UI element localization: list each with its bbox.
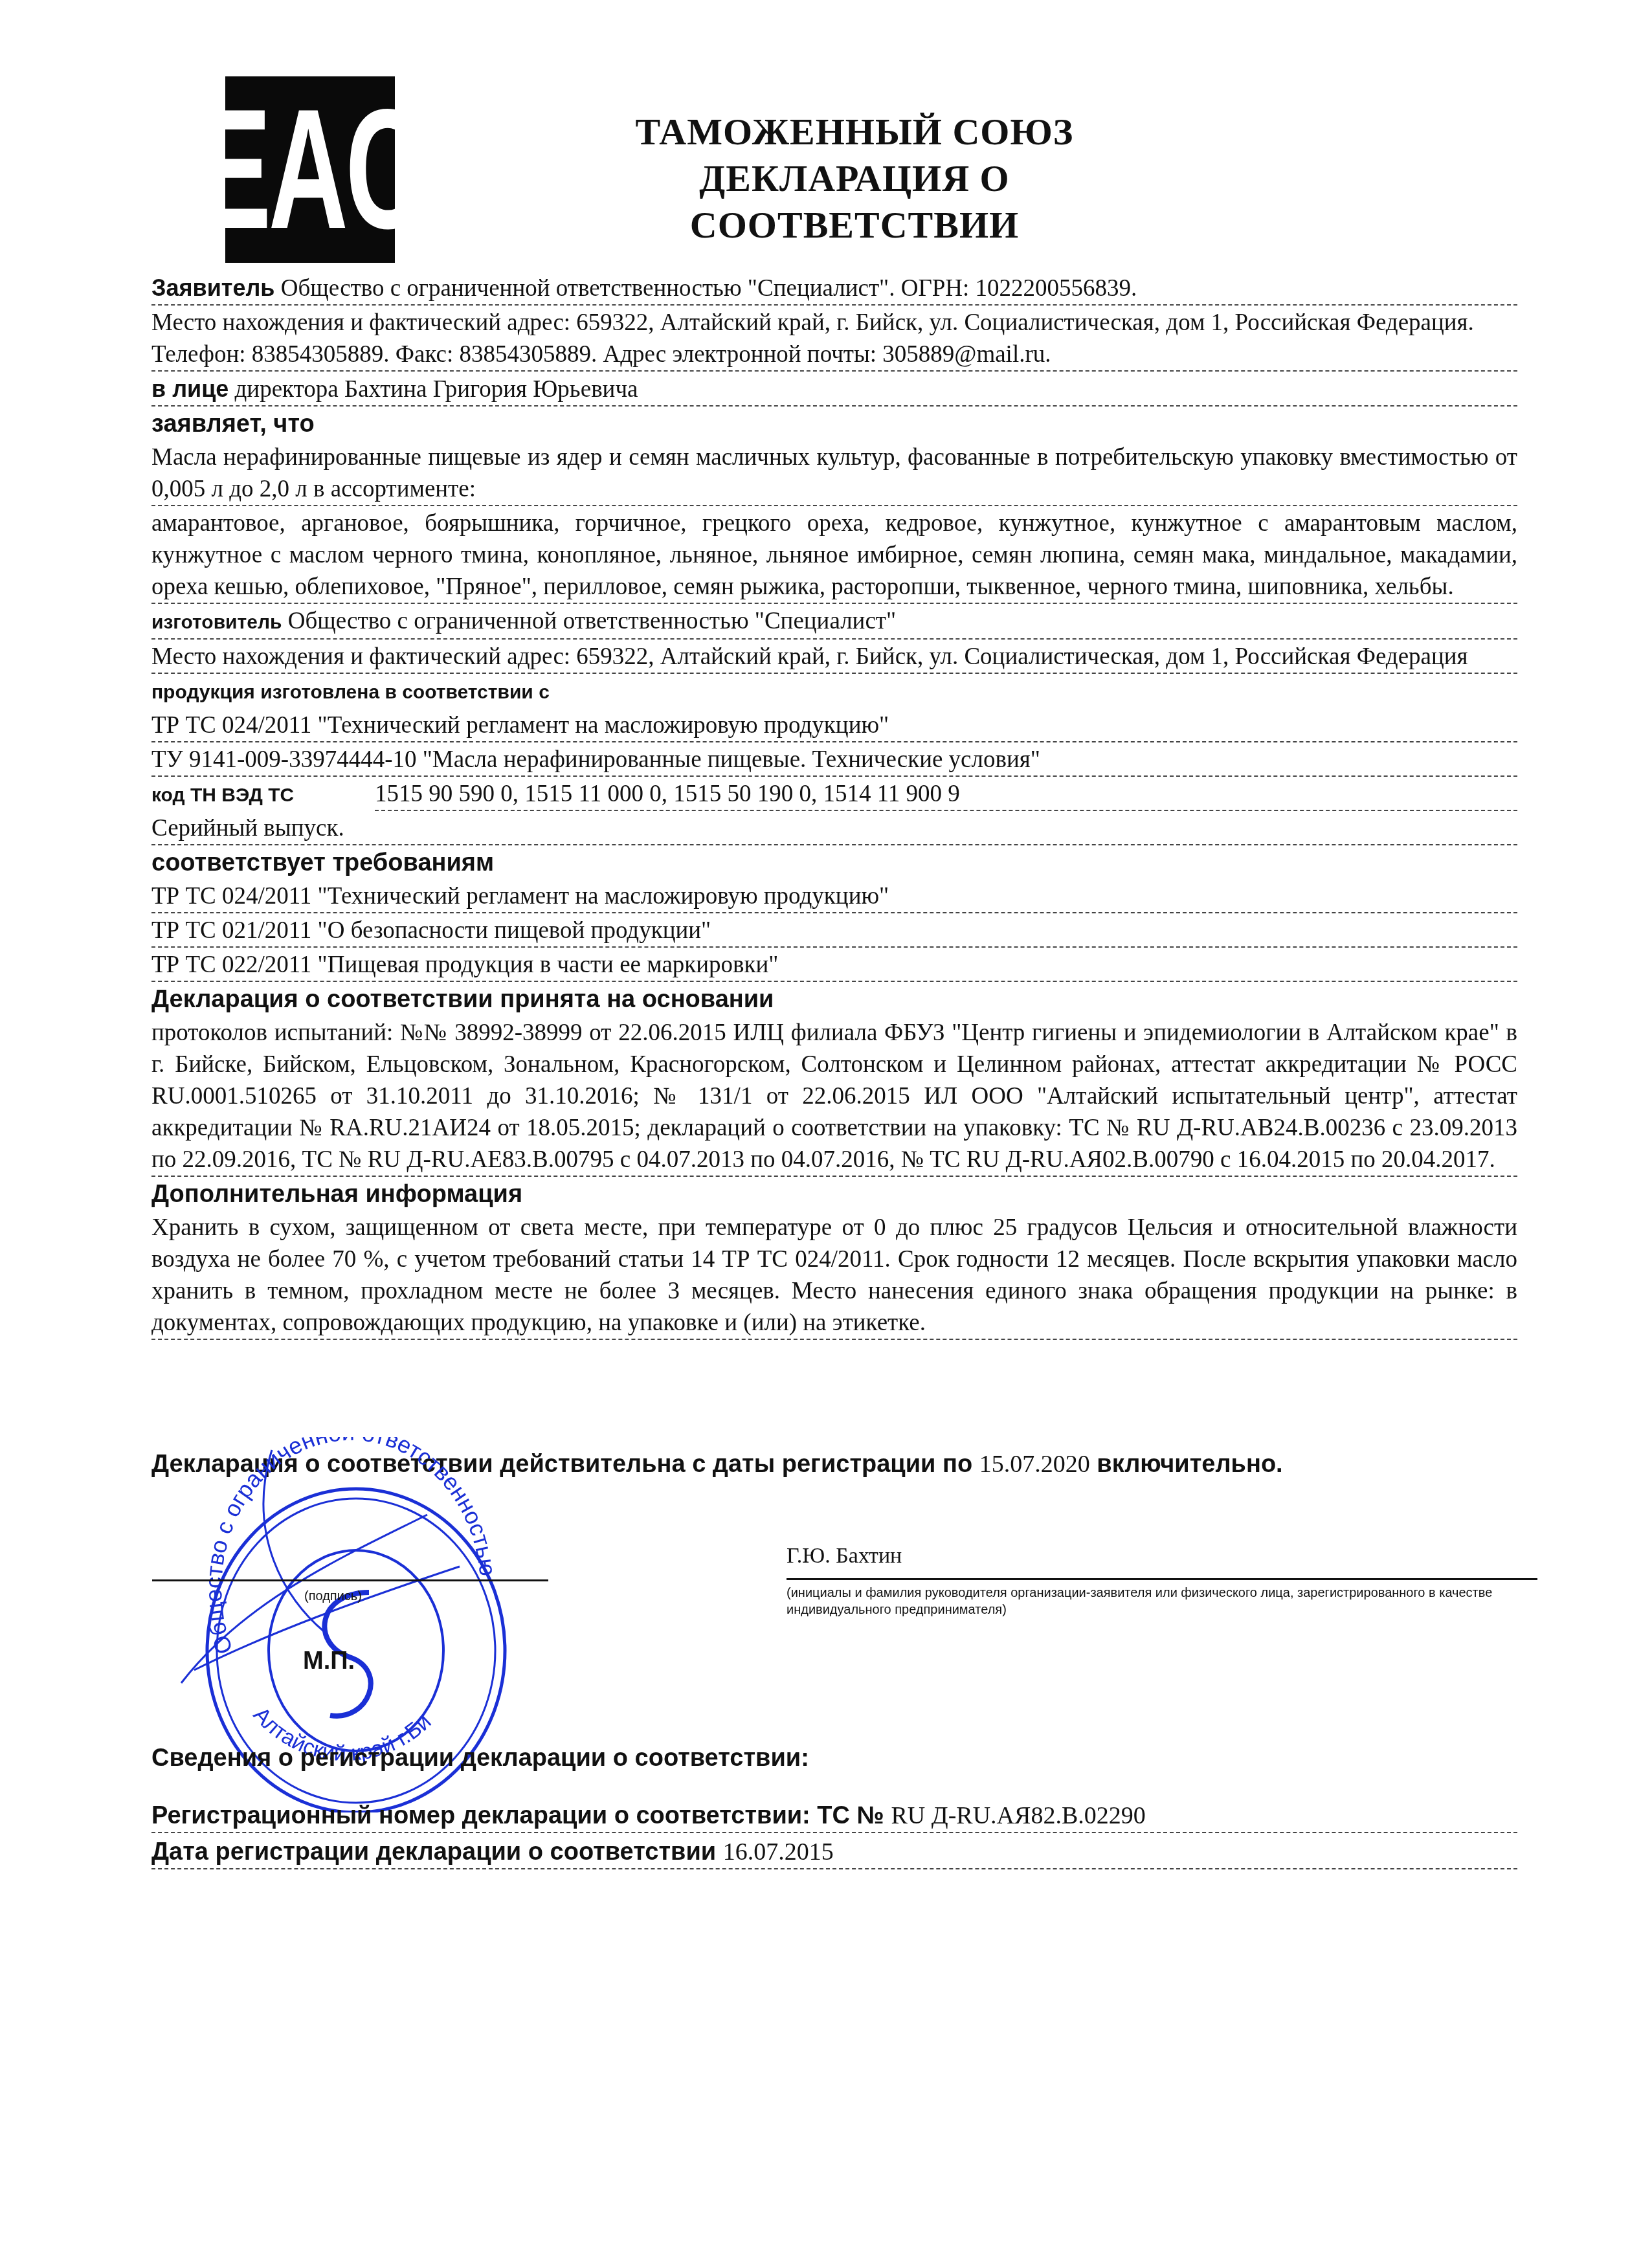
title-declaration: ДЕКЛАРАЦИЯ О СООТВЕТСТВИИ xyxy=(531,155,1178,249)
applicant-row: Заявитель Общество с ограниченной ответс… xyxy=(151,271,1517,306)
registration-date-label: Дата регистрации декларации о соответств… xyxy=(151,1838,716,1866)
head-name-caption: (инициалы и фамилия руководителя организ… xyxy=(787,1585,1550,1618)
seal-placeholder-label: М.П. xyxy=(303,1647,355,1675)
applicant-label: Заявитель xyxy=(151,274,275,301)
product-description: Масла нерафинированные пищевые из ядер и… xyxy=(151,440,1517,506)
head-name: Г.Ю. Бахтин xyxy=(787,1544,902,1568)
additional-text: Хранить в сухом, защищенном от света мес… xyxy=(151,1210,1517,1340)
applicant-name: Общество с ограниченной ответственностью… xyxy=(281,275,1137,302)
represented-label: в лице xyxy=(151,375,229,402)
registration-number-label: Регистрационный номер декларации о соотв… xyxy=(151,1802,884,1829)
basis-label: Декларация о соответствии принята на осн… xyxy=(151,982,1517,1016)
manufactured-per-item: ТР ТС 024/2011 "Технический регламент на… xyxy=(151,708,1517,742)
eac-logo-text: EAC xyxy=(198,71,423,268)
declares-label: заявляет, что xyxy=(151,407,1517,440)
svg-text:Алтайский край г.Бийск: Алтайский край г.Бийск xyxy=(155,1437,436,1766)
manufacturer-row: изготовитель Общество с ограниченной отв… xyxy=(151,604,1517,640)
registration-number-value: RU Д-RU.АЯ82.В.02290 xyxy=(891,1802,1145,1829)
represented-by: директора Бахтина Григория Юрьевича xyxy=(235,376,638,403)
basis-text: протоколов испытаний: №№ 38992-38999 от … xyxy=(151,1016,1517,1177)
requirement-item: ТР ТС 022/2011 "Пищевая продукция в част… xyxy=(151,948,1517,982)
requirements-label: соответствует требованиям xyxy=(151,845,1517,879)
validity-suffix: включительно. xyxy=(1097,1451,1282,1478)
validity-date: 15.07.2020 xyxy=(979,1451,1090,1478)
registration-number-row: Регистрационный номер декларации о соотв… xyxy=(151,1800,1517,1833)
validity-prefix: Декларация о соответствии действительна … xyxy=(151,1451,972,1478)
validity-statement: Декларация о соответствии действительна … xyxy=(151,1450,1283,1478)
title-customs-union: ТАМОЖЕННЫЙ СОЮЗ xyxy=(531,109,1178,155)
represented-row: в лице директора Бахтина Григория Юрьеви… xyxy=(151,372,1517,407)
registration-date-row: Дата регистрации декларации о соответств… xyxy=(151,1836,1517,1869)
hs-code-row: код ТН ВЭД ТС 1515 90 590 0, 1515 11 000… xyxy=(151,777,1517,811)
declaration-body: Заявитель Общество с ограниченной ответс… xyxy=(151,271,1517,1340)
eac-logo: EAC xyxy=(225,76,395,263)
product-assortment: амарантовое, аргановое, боярышника, горч… xyxy=(151,506,1517,604)
signature-line xyxy=(152,1579,548,1581)
head-name-line xyxy=(787,1578,1537,1580)
signature-caption: (подпись) xyxy=(304,1589,362,1604)
hs-code-label: код ТН ВЭД ТС xyxy=(151,779,375,811)
registration-heading: Сведения о регистрации декларации о соот… xyxy=(151,1745,809,1772)
manufacturer-label: изготовитель xyxy=(151,612,282,633)
release-type: Серийный выпуск. xyxy=(151,811,1517,845)
applicant-address: Место нахождения и фактический адрес: 65… xyxy=(151,306,1517,372)
additional-label: Дополнительная информация xyxy=(151,1177,1517,1210)
registration-date-value: 16.07.2015 xyxy=(723,1838,834,1866)
manufacturer-address: Место нахождения и фактический адрес: 65… xyxy=(151,640,1517,674)
requirement-item: ТР ТС 021/2011 "О безопасности пищевой п… xyxy=(151,913,1517,948)
document-title: ТАМОЖЕННЫЙ СОЮЗ ДЕКЛАРАЦИЯ О СООТВЕТСТВИ… xyxy=(531,109,1178,249)
manufacturer-name: Общество с ограниченной ответственностью… xyxy=(288,608,896,634)
manufactured-per-item: ТУ 9141-009-33974444-10 "Масла нерафинир… xyxy=(151,742,1517,777)
manufactured-per-label: продукция изготовлена в соответствии с xyxy=(151,674,1517,708)
hs-code-value: 1515 90 590 0, 1515 11 000 0, 1515 50 19… xyxy=(375,778,1517,811)
requirement-item: ТР ТС 024/2011 "Технический регламент на… xyxy=(151,879,1517,913)
